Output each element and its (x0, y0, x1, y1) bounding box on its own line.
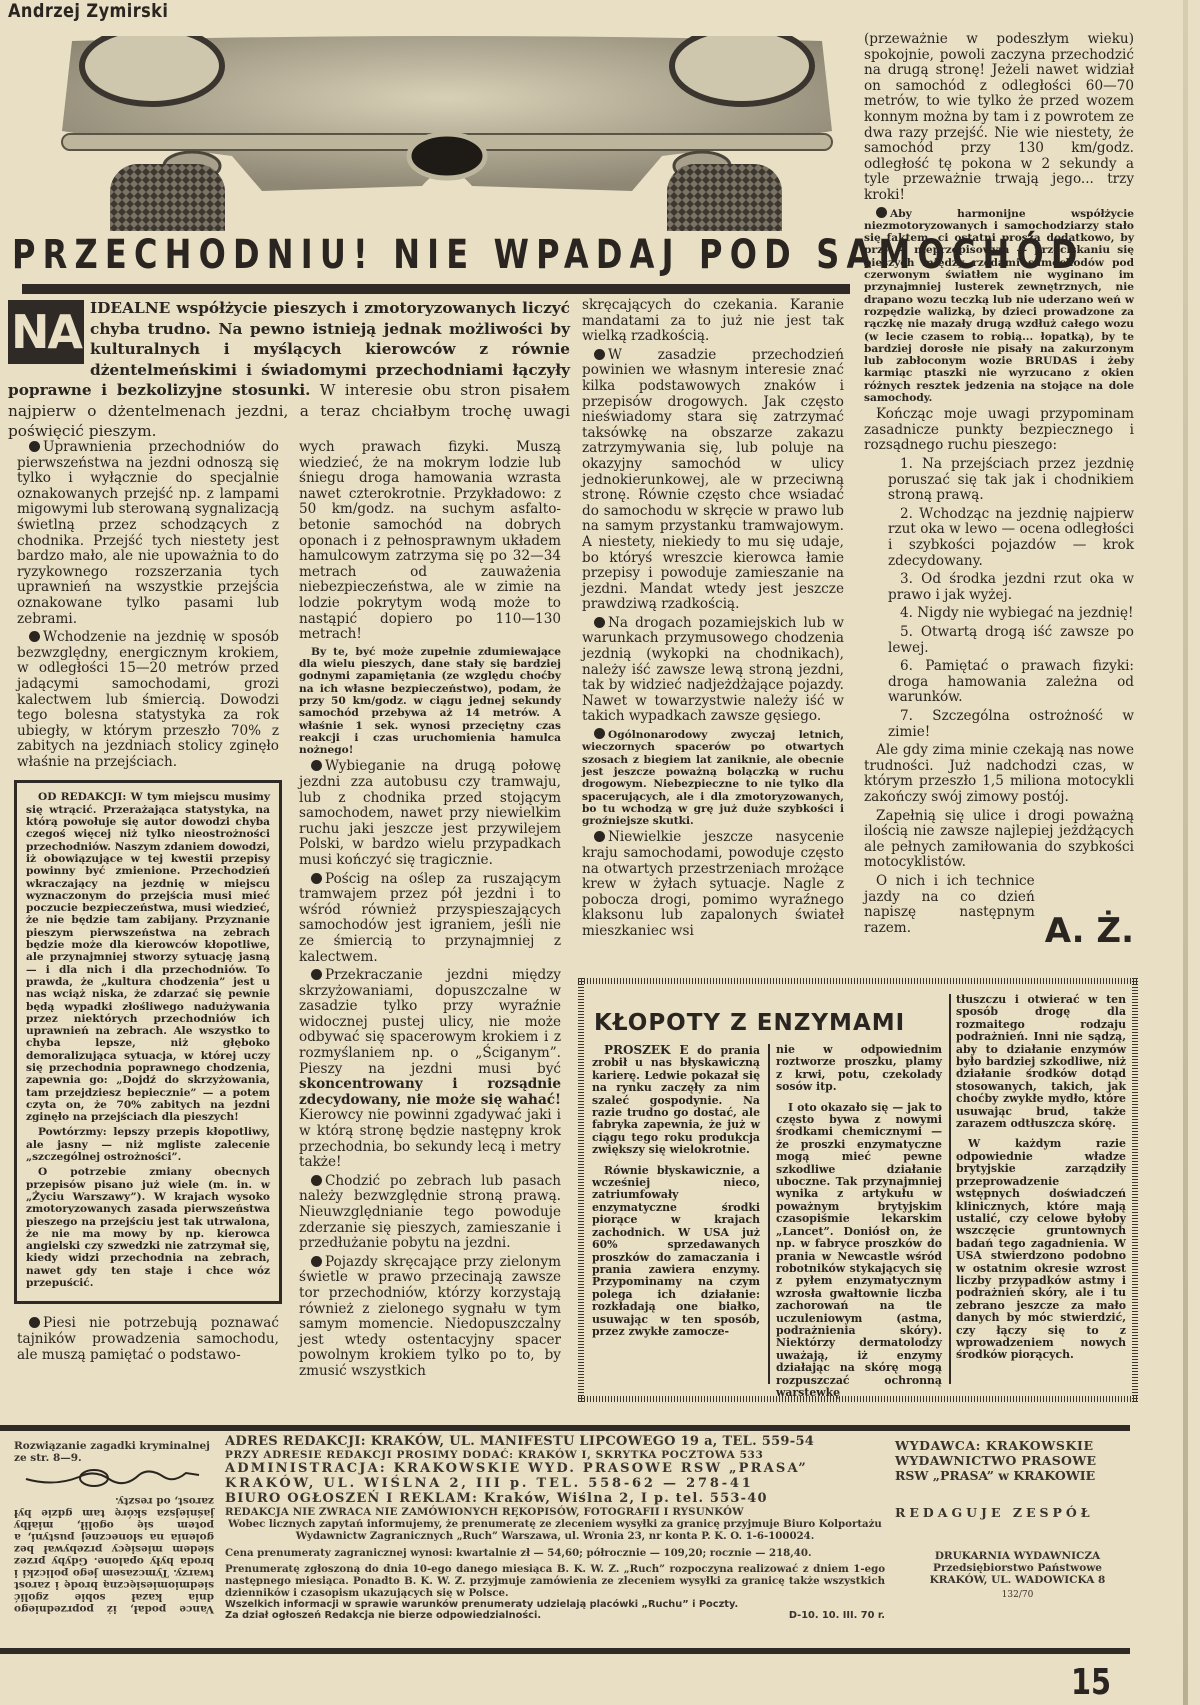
bullet-icon (311, 969, 322, 980)
rule-item: 1. Na przejściach przez jezdnię poruszać… (888, 457, 1134, 504)
paragraph: W zasadzie przechodzień powinien we włas… (582, 347, 844, 613)
paragraph: Uprawnienia przechodniów do pierwszeństw… (17, 439, 279, 627)
sidebar-column-3: tłuszczu i otwierać w ten sposób drogę d… (956, 994, 1126, 1370)
bullet-icon (311, 1175, 322, 1186)
bullet-icon (311, 873, 322, 884)
imprint-manuscripts: REDAKCJA NIE ZWRACA NIE ZAMÓWIONYCH RĘKO… (225, 1506, 885, 1518)
paragraph: nie w odpowiednim roztworze proszku, pla… (776, 1044, 942, 1094)
column-divider (768, 1044, 770, 1384)
paragraph: W każdym razie odpowiednie władze brytyj… (956, 1138, 1126, 1361)
article-column-4: (przeważnie w podeszłym wieku) spokojnie… (864, 32, 1134, 939)
paragraph: Przekraczanie jezdni między skrzyżowania… (299, 967, 561, 1077)
editorial-text: Powtórzmy: lepszy przepis kłopotliwy, al… (26, 1126, 270, 1163)
drop-cap: NA (8, 300, 84, 364)
rule-item: 2. Wchodząc na jezdnię najpierw rzut oka… (888, 507, 1134, 569)
imprint-administration: ADMINISTRACJA: KRAKOWSKIE WYD. PRASOWE R… (225, 1461, 885, 1476)
snake-doodle-icon (24, 1467, 204, 1489)
publisher-line: RSW „PRASA” w KRAKOWIE (895, 1468, 1140, 1483)
bullet-icon (594, 728, 605, 739)
editorial-text: O potrzebie zmiany obecnych przepisów pi… (26, 1166, 270, 1289)
headline-rule (22, 284, 850, 294)
paragraph: O nich i ich technice jazdy na co dzień … (864, 874, 1035, 936)
small-print-note: Aby harmonijne współżycie niezmotoryzowa… (864, 207, 1134, 405)
bullet-icon (594, 617, 605, 628)
puzzle-title: Rozwiązanie zagadki kryminalnej ze str. … (14, 1440, 214, 1464)
safety-rules-list: 1. Na przejściach przez jezdnię poruszać… (864, 457, 1134, 740)
editorial-note-box: OD REDAKCJI: W tym miejscu musimy się wt… (14, 780, 282, 1304)
paragraph: Zapełnią się ulice i drogi poważną ilośc… (864, 809, 1134, 871)
imprint-price: Cena prenumeraty zagranicznej wynosi: kw… (225, 1547, 885, 1559)
bullet-icon (29, 631, 40, 642)
imprint-admin-address: KRAKÓW, UL. WIŚLNA 2, III p. TEL. 558-62… (225, 1476, 885, 1491)
rule-item: 3. Od środka jezdni rzut oka w prawo i j… (888, 572, 1134, 603)
printer-line: Przedsiębiorstwo Państwowe (895, 1562, 1140, 1574)
bullet-icon (311, 760, 322, 771)
article-title: PRZECHODNIU! NIE WPADAJ POD SAMOCHÓD (12, 232, 686, 278)
imprint-subscription-abroad: Wobec licznych zapytań informujemy, że p… (225, 1518, 885, 1542)
paragraph: Wchodzenie na jezdnię w sposób bezwzględ… (17, 629, 279, 770)
paragraph: wych prawach fizyki. Muszą wiedzieć, że … (299, 440, 561, 643)
publisher-block: WYDAWCA: KRAKOWSKIE WYDAWNICTWO PRASOWE … (895, 1438, 1140, 1600)
sidebar-column-1: PROSZEK E do prania zrobił u nas błyskaw… (592, 1044, 760, 1346)
imprint-address: ADRES REDAKCJI: KRAKÓW, UL. MANIFESTU LI… (225, 1434, 885, 1449)
article-column-3: skręcających do czekania. Karanie mandat… (582, 298, 844, 943)
printer-line: KRAKÓW, UL. WADOWICKA 8 (895, 1574, 1140, 1586)
paragraph: Ale gdy zima minie czekają nas nowe trud… (864, 743, 1134, 805)
car-underside-photo (42, 36, 852, 231)
paragraph: Pojazdy skręcające przy zielonym świetle… (299, 1254, 561, 1379)
paragraph: Równie błyskawicznie, a wcześniej nieco,… (592, 1165, 760, 1339)
rule-item: 6. Pamiętać o prawach fizyki: droga hamo… (888, 659, 1134, 706)
paragraph: Pościg na oślep za ruszającym tramwajem … (299, 871, 561, 965)
imprint-ads-disclaimer: Za dział ogłoszeń Redakcja nie bierze od… (225, 1610, 541, 1621)
paragraph: skręcających do czekania. Karanie mandat… (582, 298, 844, 345)
paragraph: (przeważnie w podeszłym wieku) spokojnie… (864, 32, 1134, 204)
paragraph: Chodzić po zebrach lub pasach należy bez… (299, 1173, 561, 1251)
page-number: 15 (1071, 1662, 1111, 1703)
editorial-text: W tym miejscu musimy się wtrącić. Przera… (26, 791, 270, 1123)
sidebar-border-left (578, 978, 584, 1402)
author-byline: Andrzej Zymirski (8, 0, 168, 22)
small-print-note: By te, być może zupełnie zdumiewające dl… (299, 646, 561, 757)
puzzle-solution: Rozwiązanie zagadki kryminalnej ze str. … (14, 1440, 214, 1615)
article-column-2: wych prawach fizyki. Muszą wiedzieć, że … (299, 440, 561, 1383)
sidebar-title: KŁOPOTY Z ENZYMAMI (594, 1010, 905, 1036)
publisher-line: WYDAWCA: KRAKOWSKIE (895, 1438, 1140, 1453)
author-signature: A. Ż. (1045, 924, 1134, 940)
sidebar-border-right (1132, 978, 1138, 1402)
imprint-subscription-terms: Prenumeratę zgłoszoną do dnia 10-ego dan… (225, 1563, 885, 1599)
bullet-icon (594, 831, 605, 842)
imprint-ads: BIURO OGŁOSZEŃ I REKLAM: Kraków, Wiślna … (225, 1491, 885, 1506)
rule-item: 4. Nigdy nie wybiegać na jezdnię! (888, 606, 1134, 622)
paragraph: Piesi nie potrzebują poznawać tajników p… (17, 1315, 279, 1362)
column-divider (949, 994, 951, 1384)
publisher-line: WYDAWNICTWO PRASOWE (895, 1453, 1140, 1468)
rule-item: 7. Szczególna ostrożność w zimie! (888, 709, 1134, 740)
print-code: D-10. 10. III. 70 r. (789, 1610, 885, 1621)
editor-line: REDAGUJE ZESPÓŁ (895, 1505, 1140, 1520)
paragraph: tłuszczu i otwierać w ten sposób drogę d… (956, 994, 1126, 1130)
bullet-icon (29, 441, 40, 452)
bullet-icon (311, 1256, 322, 1267)
imprint-info: Wszelkich informacji w sprawie warunków … (225, 1599, 885, 1610)
emphasis-text: skoncentrowany i rozsądnie zdecydowany, … (299, 1076, 561, 1108)
paragraph: Niewielkie jeszcze nasycenie kraju samoc… (582, 829, 844, 939)
bullet-icon (876, 207, 887, 218)
page-edge-shadow (1183, 0, 1188, 1705)
article-lead: NA IDEALNE współżycie pieszych i zmotory… (8, 298, 570, 442)
editorial-label: OD REDAKCJI: (38, 791, 126, 803)
footer-rule-bottom (0, 1648, 1130, 1654)
product-name: PROSZEK E (604, 1043, 689, 1057)
rule-item: 5. Otwartą drogą iść zawsze po lewej. (888, 625, 1134, 656)
paragraph: Na drogach pozamiejskich lub w warunkach… (582, 615, 844, 725)
printer-line: DRUKARNIA WYDAWNICZA (895, 1550, 1140, 1562)
paragraph: Kończąc moje uwagi przypominam zasadnicz… (864, 407, 1134, 454)
sidebar-column-2: nie w odpowiednim roztworze proszku, pla… (776, 1044, 942, 1407)
bullet-icon (594, 349, 605, 360)
bullet-icon (29, 1317, 40, 1328)
sidebar-border-top (578, 978, 1138, 984)
small-print-note: Ogólnonarodowy zwyczaj letnich, wieczorn… (582, 728, 844, 827)
imprint-block: ADRES REDAKCJI: KRAKÓW, UL. MANIFESTU LI… (225, 1434, 885, 1621)
order-number: 132/70 (895, 1590, 1140, 1600)
puzzle-upside-down-text: Vance podał, iż poprzedniego dnia kazał … (14, 1495, 214, 1615)
footer-rule-top (0, 1425, 1130, 1431)
article-column-1: Uprawnienia przechodniów do pierwszeństw… (17, 440, 279, 1366)
paragraph: I oto okazało się — jak to często bywa z… (776, 1102, 942, 1400)
paragraph: Wybieganie na drugą połowę jezdni zza au… (299, 758, 561, 868)
imprint-po-box: PRZY ADRESIE REDAKCJI PROSIMY DODAĆ: KRA… (225, 1449, 885, 1461)
